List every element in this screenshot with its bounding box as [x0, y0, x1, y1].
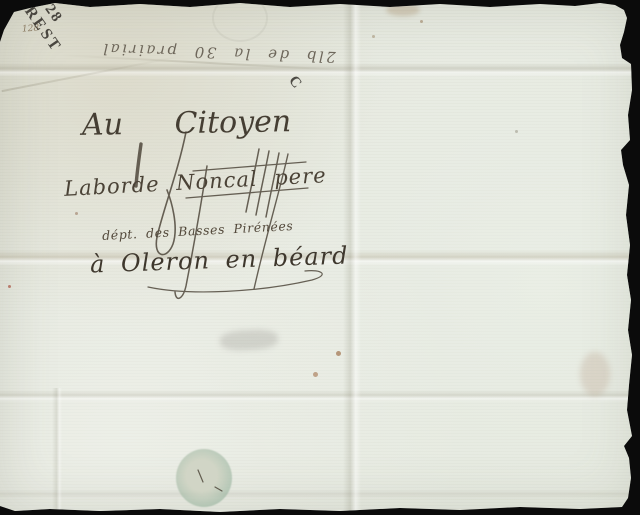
horizontal-fold-top [0, 63, 640, 77]
seal-tick [215, 487, 222, 491]
horizontal-crease-bottom [0, 490, 640, 498]
photo-of-letter: 128 2lb de la 30 prairial C 28 BREST Au … [0, 0, 640, 515]
address-line-department: dépt. des Basses Pirénées [102, 218, 294, 243]
horizontal-fold-lower [0, 390, 640, 402]
paraph-bold-stroke [136, 144, 141, 186]
green-wax-seal-residue [176, 449, 232, 507]
paraph-long-stroke [175, 166, 207, 298]
brown-smudge [386, 4, 420, 16]
horizontal-fold-middle [0, 250, 640, 266]
brest-postmark-stamp: 28 BREST [0, 0, 84, 69]
hash-mark [266, 153, 279, 217]
underline-flourish [148, 271, 322, 292]
pen-stroke-overlay [0, 0, 640, 515]
dirt-specks [0, 0, 3, 3]
letter-sheet: 128 2lb de la 30 prairial C 28 BREST Au … [0, 0, 640, 515]
strike-line [193, 162, 306, 171]
paraph-loop [156, 132, 186, 255]
address-line-name: Laborde Noncal pere [64, 163, 328, 201]
vertical-fold-center [343, 0, 361, 515]
strike-line [186, 188, 308, 198]
small-ink-mark: C [284, 73, 304, 92]
hash-mark [246, 149, 259, 212]
hash-mark [256, 151, 269, 215]
hash-mark-long [254, 154, 288, 289]
diagonal-crease [60, 54, 360, 72]
diagonal-crease [2, 54, 189, 92]
upside-down-docket-note: 2lb de la 30 prairial [108, 30, 337, 66]
vertical-crease-bottom-left [52, 388, 62, 515]
seal-tick [198, 470, 203, 482]
address-line-salutation: Au Citoyen [82, 104, 292, 143]
address-line-town: à Oleron en béard [90, 241, 349, 278]
ink-strokes [136, 132, 322, 491]
faint-embossed-circle [212, 0, 268, 42]
brown-stain [580, 352, 610, 396]
gray-ink-ghost-smudge [220, 328, 279, 351]
